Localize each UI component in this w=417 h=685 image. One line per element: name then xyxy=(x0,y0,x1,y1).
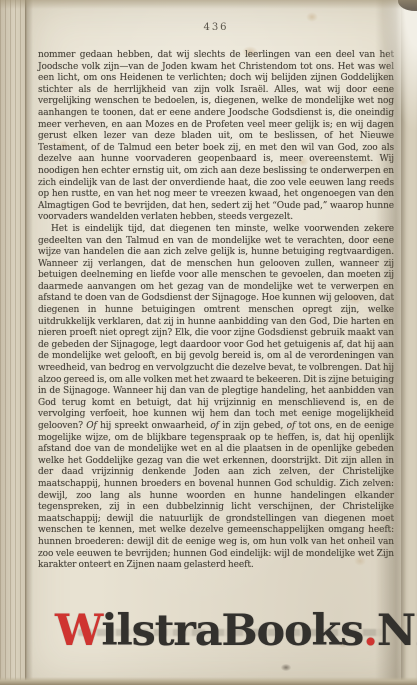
paragraph-2-run: Het is eindelijk tijd, dat diegenen ten … xyxy=(38,224,394,431)
page-stack-fore-edge xyxy=(0,0,27,685)
watermark-wilstrabooks: WilstraBooks.NL xyxy=(55,606,417,656)
paragraph-2-run-italic: Of xyxy=(86,421,97,431)
page-curve-highlight xyxy=(383,0,417,130)
watermark-part: . xyxy=(363,606,377,656)
body-paragraph-1: nommer gedaan hebben, dat wij slechts de… xyxy=(38,50,394,224)
paragraph-2-run: tot ons, en de eenige mogelijke wijze, o… xyxy=(38,421,394,570)
photo-bottom-edge xyxy=(0,677,417,685)
watermark-part: NL xyxy=(377,606,417,656)
paragraph-1-text: nommer gedaan hebben, dat wij slechts de… xyxy=(38,50,394,222)
photo-top-edge xyxy=(0,0,417,9)
book-page-photo: 436 nommer gedaan hebben, dat wij slecht… xyxy=(0,0,417,685)
watermark-part: ilstraBooks xyxy=(101,606,363,656)
watermark-part: W xyxy=(55,606,101,656)
page-number: 436 xyxy=(38,22,394,33)
paragraph-2-run-italic: of xyxy=(287,421,296,431)
left-page-crease xyxy=(25,0,33,685)
body-paragraph-2: Het is eindelijk tijd, dat diegenen ten … xyxy=(38,224,394,572)
body-text: nommer gedaan hebben, dat wij slechts de… xyxy=(38,50,394,572)
paragraph-2-run: in zijn gebed, xyxy=(219,421,287,431)
paragraph-2-run: hij spreekt onwaarheid, xyxy=(97,421,211,431)
paragraph-2-run-italic: of xyxy=(210,421,219,431)
